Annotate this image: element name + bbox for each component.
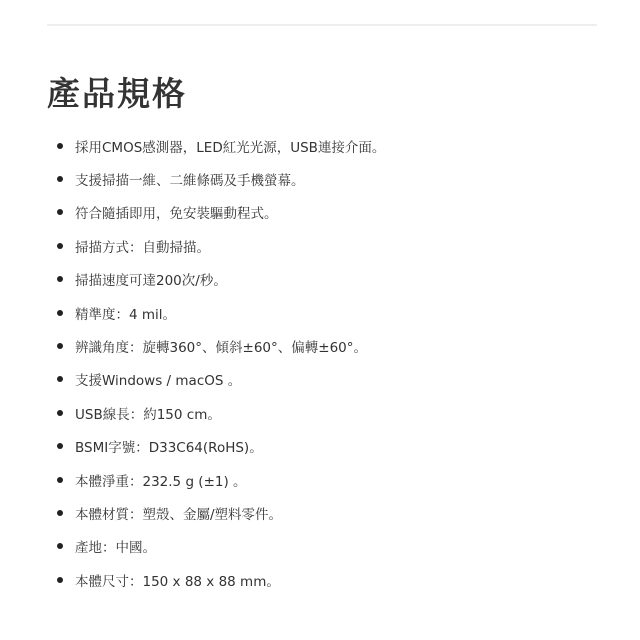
bullet-icon bbox=[57, 443, 63, 449]
spec-item-material: 本體材質：塑殼、金屬/塑料零件。 bbox=[0, 496, 385, 529]
bullet-icon bbox=[57, 343, 63, 349]
spec-text: 支援掃描一維、二維條碼及手機螢幕。 bbox=[75, 169, 305, 189]
spec-text: USB線長：約150 cm。 bbox=[75, 403, 221, 423]
bullet-icon bbox=[57, 577, 63, 583]
spec-item-cable-length: USB線長：約150 cm。 bbox=[0, 396, 385, 429]
spec-item-origin: 產地：中國。 bbox=[0, 530, 385, 563]
bullet-icon bbox=[57, 410, 63, 416]
spec-item-bsmi: BSMI字號：D33C64(RoHS)。 bbox=[0, 430, 385, 463]
bullet-icon bbox=[57, 477, 63, 483]
spec-item-sensor: 採用CMOS感測器，LED紅光光源，USB連接介面。 bbox=[0, 129, 385, 162]
bullet-icon bbox=[57, 209, 63, 215]
spec-text: BSMI字號：D33C64(RoHS)。 bbox=[75, 436, 263, 456]
spec-item-precision: 精準度：4 mil。 bbox=[0, 296, 385, 329]
spec-item-scan-mode: 掃描方式：自動掃描。 bbox=[0, 229, 385, 262]
page-title: 產品規格 bbox=[47, 70, 187, 118]
spec-text: 支援Windows / macOS 。 bbox=[75, 369, 241, 389]
spec-item-scan-speed: 掃描速度可達200次/秒。 bbox=[0, 263, 385, 296]
spec-item-barcode-support: 支援掃描一維、二維條碼及手機螢幕。 bbox=[0, 162, 385, 195]
spec-item-weight: 本體淨重：232.5 g (±1) 。 bbox=[0, 463, 385, 496]
spec-text: 辨識角度：旋轉360°、傾斜±60°、偏轉±60°。 bbox=[75, 336, 367, 356]
spec-text: 掃描速度可達200次/秒。 bbox=[75, 269, 227, 289]
bullet-icon bbox=[57, 243, 63, 249]
spec-text: 符合隨插即用，免安裝驅動程式。 bbox=[75, 202, 278, 222]
bullet-icon bbox=[57, 143, 63, 149]
bullet-icon bbox=[57, 510, 63, 516]
spec-text: 精準度：4 mil。 bbox=[75, 303, 176, 323]
bullet-icon bbox=[57, 276, 63, 282]
spec-text: 採用CMOS感測器，LED紅光光源，USB連接介面。 bbox=[75, 136, 385, 156]
spec-item-dimensions: 本體尺寸：150 x 88 x 88 mm。 bbox=[0, 563, 385, 596]
spec-text: 本體材質：塑殼、金屬/塑料零件。 bbox=[75, 503, 282, 523]
bullet-icon bbox=[57, 310, 63, 316]
spec-item-scan-angle: 辨識角度：旋轉360°、傾斜±60°、偏轉±60°。 bbox=[0, 329, 385, 362]
spec-item-os-support: 支援Windows / macOS 。 bbox=[0, 363, 385, 396]
spec-text: 本體淨重：232.5 g (±1) 。 bbox=[75, 470, 247, 490]
spec-text: 掃描方式：自動掃描。 bbox=[75, 236, 210, 256]
bullet-icon bbox=[57, 543, 63, 549]
spec-text: 本體尺寸：150 x 88 x 88 mm。 bbox=[75, 570, 280, 590]
section-divider bbox=[47, 24, 597, 26]
spec-item-plug-and-play: 符合隨插即用，免安裝驅動程式。 bbox=[0, 196, 385, 229]
spec-text: 產地：中國。 bbox=[75, 536, 156, 556]
spec-list: 採用CMOS感測器，LED紅光光源，USB連接介面。 支援掃描一維、二維條碼及手… bbox=[0, 129, 385, 596]
bullet-icon bbox=[57, 176, 63, 182]
bullet-icon bbox=[57, 376, 63, 382]
